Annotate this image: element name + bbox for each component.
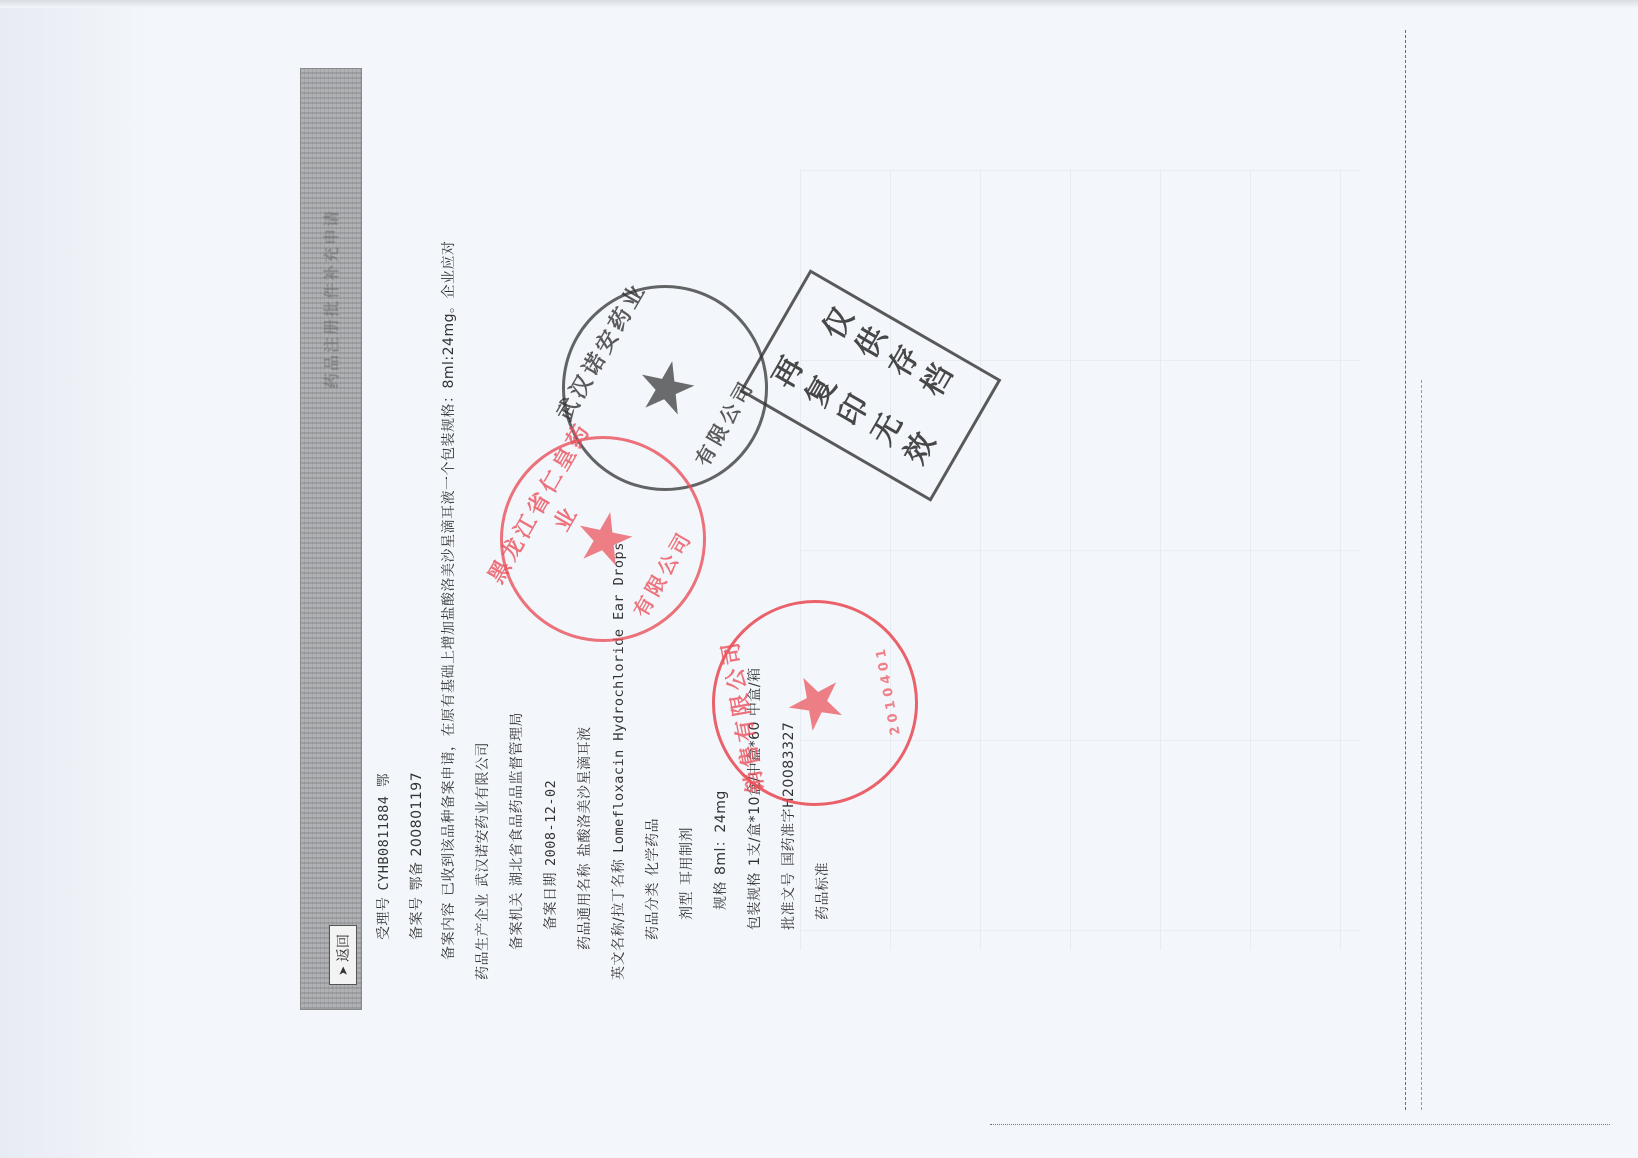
field-manufacturer: 药品生产企业武汉诺安药业有限公司: [472, 742, 492, 980]
fold-line: [1405, 30, 1406, 1110]
arrow-left-icon: ➤: [336, 966, 350, 976]
back-button[interactable]: ➤ 返回: [329, 925, 357, 985]
field-record-date: 备案日期2008-12-02: [540, 780, 560, 930]
field-generic-name: 药品通用名称盐酸洛美沙星滴耳液: [574, 727, 594, 951]
fold-line-secondary: [1421, 380, 1422, 1110]
field-record-no: 备案号鄂备 200801197: [406, 772, 426, 940]
field-drug-category: 药品分类化学药品: [642, 818, 662, 940]
bottom-dotted-edge: [990, 1124, 1610, 1125]
back-label: 返回: [333, 934, 353, 962]
bleed-through-table: [800, 170, 1360, 950]
page-title: 药品注册批件补充申请: [319, 209, 342, 389]
star-icon: ★: [619, 343, 711, 432]
field-record-authority: 备案机关湖北省食品药品监督管理局: [506, 712, 526, 950]
star-icon: ★: [775, 666, 855, 740]
field-record-content: 备案内容已收到该品种备案申请，在原有基础上增加盐酸洛美沙星滴耳液一个包装规格：8…: [438, 241, 458, 961]
scan-edge-top: [0, 0, 1638, 8]
field-drug-standard: 药品标准: [812, 856, 832, 920]
header-bar: ➤ 返回 药品注册批件补充申请: [300, 68, 362, 1010]
scan-edge-left: [0, 0, 150, 1158]
field-acceptance-no: 受理号CYHB0811884 鄂: [372, 773, 393, 940]
field-dosage-form: 剂型耳用制剂: [676, 827, 696, 920]
field-specification: 规格8ml：24mg: [710, 790, 730, 910]
